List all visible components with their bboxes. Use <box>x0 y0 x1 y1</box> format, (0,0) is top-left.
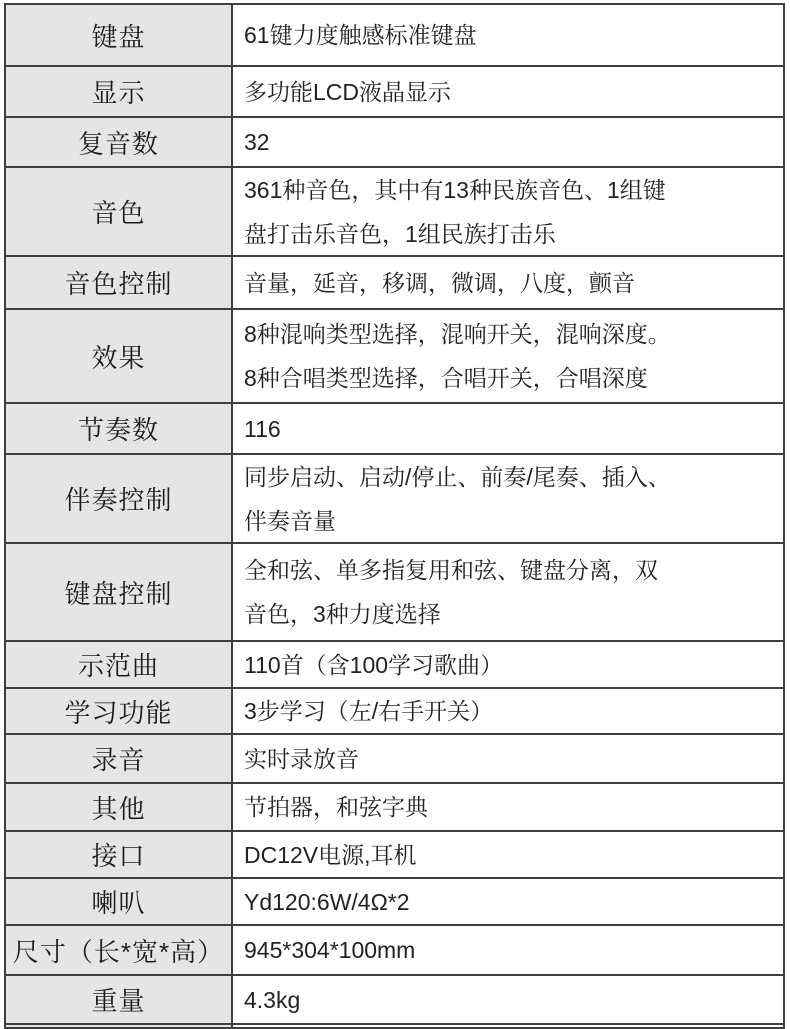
spec-row <box>6 1023 783 1027</box>
spec-label: 喇叭 <box>6 879 233 924</box>
spec-row: 其他节拍器，和弦字典 <box>6 782 783 830</box>
spec-label: 节奏数 <box>6 404 233 453</box>
spec-label: 其他 <box>6 784 233 830</box>
spec-label: 显示 <box>6 67 233 116</box>
spec-row: 复音数32 <box>6 116 783 166</box>
spec-value: 32 <box>233 118 783 166</box>
spec-value: 多功能LCD液晶显示 <box>233 67 783 116</box>
spec-table: 键盘61键力度触感标准键盘显示多功能LCD液晶显示复音数32音色361种音色，其… <box>4 3 785 1029</box>
spec-label: 复音数 <box>6 118 233 166</box>
spec-label: 音色控制 <box>6 257 233 308</box>
spec-row: 键盘61键力度触感标准键盘 <box>6 5 783 65</box>
spec-row: 重量4.3kg <box>6 974 783 1023</box>
spec-label: 伴奏控制 <box>6 455 233 542</box>
spec-value: 8种混响类型选择，混响开关，混响深度。 8种合唱类型选择，合唱开关，合唱深度 <box>233 310 783 402</box>
page: 键盘61键力度触感标准键盘显示多功能LCD液晶显示复音数32音色361种音色，其… <box>0 0 790 1029</box>
spec-value: 实时录放音 <box>233 735 783 782</box>
spec-value: 61键力度触感标准键盘 <box>233 5 783 65</box>
spec-label: 重量 <box>6 976 233 1023</box>
spec-label: 接口 <box>6 832 233 877</box>
spec-row: 音色控制音量，延音，移调，微调，八度，颤音 <box>6 255 783 308</box>
spec-value: 全和弦、单多指复用和弦、键盘分离，双 音色，3种力度选择 <box>233 544 783 640</box>
spec-row: 显示多功能LCD液晶显示 <box>6 65 783 116</box>
spec-row: 喇叭Yd120:6W/4Ω*2 <box>6 877 783 924</box>
spec-label: 示范曲 <box>6 642 233 687</box>
spec-value: 4.3kg <box>233 976 783 1023</box>
spec-row: 效果8种混响类型选择，混响开关，混响深度。 8种合唱类型选择，合唱开关，合唱深度 <box>6 308 783 402</box>
spec-row: 伴奏控制同步启动、启动/停止、前奏/尾奏、插入、 伴奏音量 <box>6 453 783 542</box>
spec-value: 3步学习（左/右手开关） <box>233 689 783 733</box>
spec-value: 945*304*100mm <box>233 926 783 974</box>
spec-label: 学习功能 <box>6 689 233 733</box>
spec-label: 尺寸（长*宽*高） <box>6 926 233 974</box>
spec-label: 键盘控制 <box>6 544 233 640</box>
spec-row: 音色361种音色，其中有13种民族音色、1组键 盘打击乐音色，1组民族打击乐 <box>6 166 783 255</box>
spec-value: 音量，延音，移调，微调，八度，颤音 <box>233 257 783 308</box>
spec-row: 接口DC12V电源,耳机 <box>6 830 783 877</box>
spec-row: 录音实时录放音 <box>6 733 783 782</box>
spec-row: 尺寸（长*宽*高）945*304*100mm <box>6 924 783 974</box>
spec-label: 键盘 <box>6 5 233 65</box>
spec-label: 录音 <box>6 735 233 782</box>
spec-value: 节拍器，和弦字典 <box>233 784 783 830</box>
spec-value: 110首（含100学习歌曲） <box>233 642 783 687</box>
spec-value: Yd120:6W/4Ω*2 <box>233 879 783 924</box>
spec-row: 节奏数116 <box>6 402 783 453</box>
spec-row: 学习功能3步学习（左/右手开关） <box>6 687 783 733</box>
spec-label: 效果 <box>6 310 233 402</box>
spec-label <box>6 1025 233 1027</box>
spec-row: 示范曲110首（含100学习歌曲） <box>6 640 783 687</box>
spec-label: 音色 <box>6 168 233 255</box>
spec-row: 键盘控制全和弦、单多指复用和弦、键盘分离，双 音色，3种力度选择 <box>6 542 783 640</box>
spec-value: 同步启动、启动/停止、前奏/尾奏、插入、 伴奏音量 <box>233 455 783 542</box>
spec-value: 361种音色，其中有13种民族音色、1组键 盘打击乐音色，1组民族打击乐 <box>233 168 783 255</box>
spec-value <box>233 1025 783 1027</box>
spec-value: 116 <box>233 404 783 453</box>
spec-value: DC12V电源,耳机 <box>233 832 783 877</box>
